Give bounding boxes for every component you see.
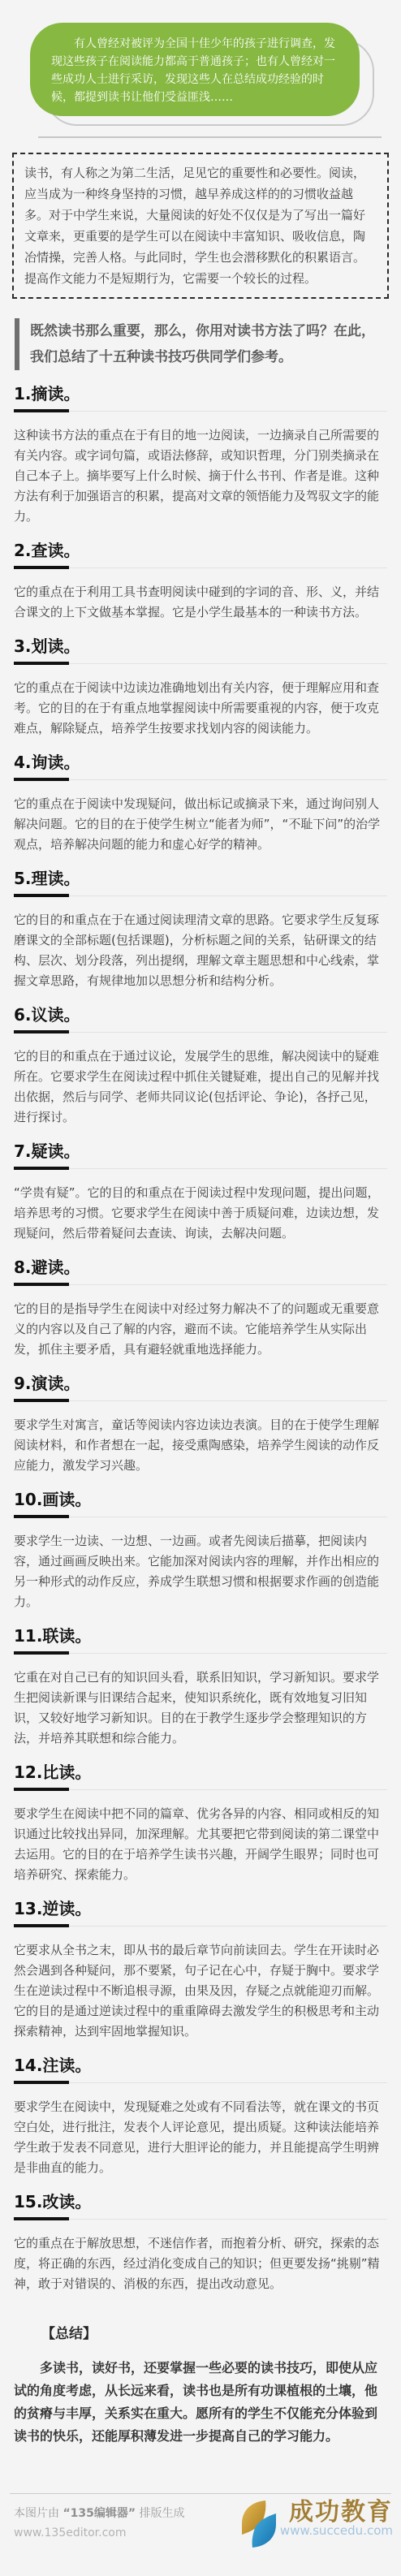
underline-thin-line	[69, 1517, 387, 1517]
title-underline	[14, 409, 387, 412]
underline-accent-bar	[14, 2217, 69, 2220]
method-section: 4.询读。 它的重点在于阅读中发现疑问，做出标记或摘录下来，通过询问别人解决问题…	[14, 752, 387, 855]
intro-bubble: 有人曾经对被评为全国十佳少年的孩子进行调查，发现这些孩子在阅读能力都高于普通孩子…	[30, 23, 360, 116]
method-title: 4.询读。	[14, 752, 387, 773]
title-underline	[14, 1515, 387, 1518]
method-section: 5.理读。 它的目的和重点在于在通过阅读理清文章的思路。它要求学生反复琢磨课文的…	[14, 868, 387, 991]
title-underline	[14, 1788, 387, 1791]
underline-thin-line	[69, 779, 387, 780]
method-title: 6.议读。	[14, 1004, 387, 1025]
method-section: 6.议读。 它的目的和重点在于通过议论，发展学生的思维，解决阅读中的疑难所在。它…	[14, 1004, 387, 1128]
succedu-logo-icon	[240, 2500, 278, 2552]
footer-separator-line	[10, 2493, 391, 2494]
method-title: 13.逆读。	[14, 1898, 387, 1919]
methods-list: 1.摘读。 这种读书方法的重点在于有目的地一边阅读，一边摘录自己所需要的有关内容…	[14, 383, 387, 2294]
intro-separator-line	[38, 136, 382, 138]
method-body: 它的重点在于阅读中发现疑问，做出标记或摘录下来，通过询问别人解决问题。它的目的在…	[14, 794, 387, 855]
method-title: 7.疑读。	[14, 1141, 387, 1162]
brand-logo: 成功教育 www.succedu.com	[240, 2500, 393, 2552]
underline-accent-bar	[14, 1788, 69, 1791]
lead-quote: 既然读书那么重要，那么，你用对读书方法了吗？在此，我们总结了十五种读书技巧供同学…	[15, 318, 387, 370]
method-body: 要求学生对寓言，童话等阅读内容边读边表演。目的在于使学生理解阅读材料，和作者想在…	[14, 1415, 387, 1476]
underline-accent-bar	[14, 1515, 69, 1518]
method-body: 要求学生在阅读中把不同的篇章、优劣各异的内容、相同或相反的知识通过比较找出异同，…	[14, 1804, 387, 1885]
underline-thin-line	[69, 1400, 387, 1401]
title-underline	[14, 566, 387, 569]
method-body: “学贵有疑”。它的目的和重点在于阅读过程中发现问题，提出问题，培养思考的习惯。它…	[14, 1183, 387, 1244]
intro-bubble-area: 有人曾经对被评为全国十佳少年的孩子进行调查，发现这些孩子在阅读能力都高于普通孩子…	[30, 23, 377, 128]
underline-accent-bar	[14, 566, 69, 569]
underline-accent-bar	[14, 1399, 69, 1402]
underline-thin-line	[69, 567, 387, 568]
underline-thin-line	[69, 1284, 387, 1285]
method-section: 3.划读。 它的重点在于阅读中边读边准确地划出有关内容，便于理解应用和查考。它的…	[14, 636, 387, 739]
method-body: 它的重点在于阅读中边读边准确地划出有关内容，便于理解应用和查考。它的目的在于有重…	[14, 678, 387, 739]
underline-thin-line	[69, 1032, 387, 1033]
underline-accent-bar	[14, 1924, 69, 1927]
underline-thin-line	[69, 1926, 387, 1927]
brand-url: www.succedu.com	[280, 2524, 393, 2538]
method-body: 要求学生一边读、一边想、一边画。或者先阅读后描摹，把阅读内容，通过画画反映出来。…	[14, 1531, 387, 1612]
title-underline	[14, 2217, 387, 2220]
brand-text-block: 成功教育 www.succedu.com	[280, 2500, 393, 2538]
method-body: 它的目的和重点在于在通过阅读理清文章的思路。它要求学生反复琢磨课文的全部标题(包…	[14, 910, 387, 991]
method-section: 10.画读。 要求学生一边读、一边想、一边画。或者先阅读后描摹，把阅读内容，通过…	[14, 1489, 387, 1612]
method-body: 它的目的是指导学生在阅读中对经过努力解决不了的问题或无重要意义的内容以及自己了解…	[14, 1299, 387, 1360]
method-section: 15.改读。 它的重点在于解放思想，不迷信作者，而抱着分析、研究，探索的态度，将…	[14, 2191, 387, 2294]
method-body: 它的重点在于利用工具书查明阅读中碰到的字词的音、形、义，并结合课文的上下文做基本…	[14, 582, 387, 623]
method-section: 2.查读。 它的重点在于利用工具书查明阅读中碰到的字词的音、形、义，并结合课文的…	[14, 540, 387, 623]
title-underline	[14, 1030, 387, 1033]
method-title: 15.改读。	[14, 2191, 387, 2212]
underline-accent-bar	[14, 2081, 69, 2084]
underline-accent-bar	[14, 778, 69, 781]
underline-accent-bar	[14, 409, 69, 412]
method-title: 3.划读。	[14, 636, 387, 657]
editor-name: “135编辑器”	[63, 2507, 136, 2520]
summary-paragraph: 多读书，读好书，还要掌握一些必要的读书技巧，即使从应试的角度考虑，从长远来看，读…	[14, 2357, 387, 2448]
underline-thin-line	[69, 1789, 387, 1790]
method-title: 10.画读。	[14, 1489, 387, 1510]
method-section: 13.逆读。 它要求从全书之末，即从书的最后章节向前读回去。学生在开读时必然会遇…	[14, 1898, 387, 2042]
brand-name: 成功教育	[289, 2500, 393, 2526]
title-underline	[14, 1399, 387, 1402]
method-title: 1.摘读。	[14, 383, 387, 404]
footer: 本图片由 “135编辑器” 排版生成 www.135editor.com	[0, 2493, 401, 2561]
summary-heading: 【总结】	[14, 2322, 387, 2342]
title-underline	[14, 778, 387, 781]
title-underline	[14, 1924, 387, 1927]
title-underline	[14, 1651, 387, 1655]
underline-thin-line	[69, 895, 387, 896]
method-section: 14.注读。 要求学生在阅读中，发现疑难之处或有不同看法等，就在课文的书页空白处…	[14, 2055, 387, 2178]
underline-accent-bar	[14, 1030, 69, 1033]
method-body: 它的目的和重点在于通过议论，发展学生的思维，解决阅读中的疑难所在。它要求学生在阅…	[14, 1046, 387, 1128]
title-underline	[14, 2081, 387, 2084]
underline-accent-bar	[14, 894, 69, 897]
dashed-intro-box: 读书，有人称之为第二生活，足见它的重要性和必要性。阅读，应当成为一种终身坚持的习…	[12, 153, 389, 299]
method-title: 12.比读。	[14, 1762, 387, 1783]
method-title: 9.演读。	[14, 1373, 387, 1394]
method-body: 要求学生在阅读中，发现疑难之处或有不同看法等，就在课文的书页空白处，进行批注，发…	[14, 2097, 387, 2178]
method-body: 这种读书方法的重点在于有目的地一边阅读，一边摘录自己所需要的有关内容。或字词句篇…	[14, 425, 387, 527]
underline-thin-line	[69, 411, 387, 412]
method-title: 14.注读。	[14, 2055, 387, 2076]
method-title: 2.查读。	[14, 540, 387, 561]
method-title: 5.理读。	[14, 868, 387, 889]
method-section: 12.比读。 要求学生在阅读中把不同的篇章、优劣各异的内容、相同或相反的知识通过…	[14, 1762, 387, 1885]
method-body: 它重在对自己已有的知识回头看，联系旧知识，学习新知识。要求学生把阅读新课与旧课结…	[14, 1668, 387, 1749]
method-title: 11.联读。	[14, 1625, 387, 1646]
title-underline	[14, 894, 387, 897]
method-body: 它的重点在于解放思想，不迷信作者，而抱着分析、研究，探索的态度，将正确的东西，经…	[14, 2233, 387, 2294]
article-page: 有人曾经对被评为全国十佳少年的孩子进行调查，发现这些孩子在阅读能力都高于普通孩子…	[0, 0, 401, 2576]
underline-accent-bar	[14, 1283, 69, 1286]
underline-accent-bar	[14, 1167, 69, 1170]
method-section: 11.联读。 它重在对自己已有的知识回头看，联系旧知识，学习新知识。要求学生把阅…	[14, 1625, 387, 1749]
method-title: 8.避读。	[14, 1257, 387, 1278]
method-section: 8.避读。 它的目的是指导学生在阅读中对经过努力解决不了的问题或无重要意义的内容…	[14, 1257, 387, 1360]
method-section: 7.疑读。 “学贵有疑”。它的目的和重点在于阅读过程中发现问题，提出问题，培养思…	[14, 1141, 387, 1244]
title-underline	[14, 1283, 387, 1286]
underline-thin-line	[69, 2219, 387, 2220]
underline-accent-bar	[14, 662, 69, 665]
title-underline	[14, 1167, 387, 1170]
underline-thin-line	[69, 1168, 387, 1169]
title-underline	[14, 662, 387, 665]
method-section: 1.摘读。 这种读书方法的重点在于有目的地一边阅读，一边摘录自己所需要的有关内容…	[14, 383, 387, 527]
method-section: 9.演读。 要求学生对寓言，童话等阅读内容边读边表演。目的在于使学生理解阅读材料…	[14, 1373, 387, 1476]
underline-thin-line	[69, 2082, 387, 2083]
underline-thin-line	[69, 663, 387, 664]
underline-accent-bar	[14, 1651, 69, 1655]
method-body: 它要求从全书之末，即从书的最后章节向前读回去。学生在开读时必然会遇到各种疑问，那…	[14, 1940, 387, 2042]
underline-thin-line	[69, 1653, 387, 1654]
